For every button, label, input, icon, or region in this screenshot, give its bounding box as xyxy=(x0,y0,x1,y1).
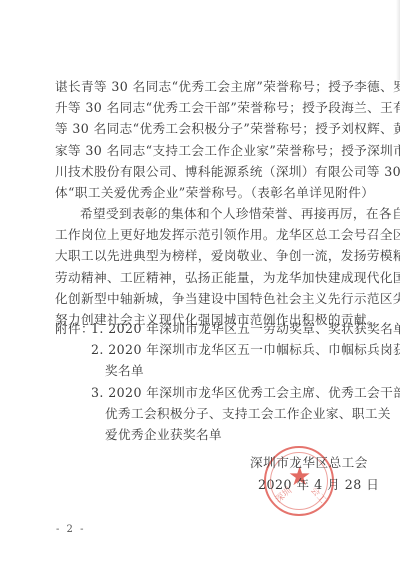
attachments-list: 附件：1. 2020 年深圳市龙华区五一劳动奖章、奖状获奖名单 2. 2020 … xyxy=(55,318,355,445)
page-edge-shadow xyxy=(396,0,400,80)
text-line: 等 30 名同志“优秀工会积极分子”荣誉称号；授予刘权辉、黄治 xyxy=(55,118,355,139)
signature-date: 2020 年 4 月 28 日 xyxy=(258,474,379,493)
attachment-line: 优秀工会积极分子、支持工会工作企业家、职工关 xyxy=(55,403,355,424)
text-line: 川技术股份有限公司、博科能源系统（深圳）有限公司等 30 家集 xyxy=(55,161,355,182)
document-page: 谌长青等 30 名同志“优秀工会主席”荣誉称号；授予李德、罗国 升等 30 名同… xyxy=(0,0,400,566)
attachments-label: 附件： xyxy=(55,318,91,339)
text-line: 希望受到表彰的集体和个人珍惜荣誉、再接再厉，在各自的 xyxy=(55,203,355,224)
text-line: 工作岗位上更好地发挥示范引领作用。龙华区总工会号召全区广 xyxy=(55,224,355,245)
paragraph-awards: 谌长青等 30 名同志“优秀工会主席”荣誉称号；授予李德、罗国 升等 30 名同… xyxy=(55,76,355,203)
text-line: 化创新型中轴新城，争当建设中国特色社会主义先行示范区尖兵， xyxy=(55,288,355,309)
text-line: 大职工以先进典型为榜样，爱岗敬业、争创一流，发扬劳模精神、 xyxy=(55,245,355,266)
attachment-item-2: 2. 2020 年深圳市龙华区五一巾帼标兵、巾帼标兵岗获 xyxy=(55,339,355,360)
page-number: - 2 - xyxy=(56,524,85,535)
text-line: 升等 30 名同志“优秀工会干部”荣誉称号；授予段海兰、王有才 xyxy=(55,97,355,118)
attachment-line: 1. 2020 年深圳市龙华区五一劳动奖章、奖状获奖名单 xyxy=(91,321,400,336)
text-line: 劳动精神、工匠精神，弘扬正能量，为龙华加快建成现代化国际 xyxy=(55,267,355,288)
attachment-item-3: 3. 2020 年深圳市龙华区优秀工会主席、优秀工会干部、 xyxy=(55,382,355,403)
text-line: 家等 30 名同志“支持工会工作企业家”荣誉称号；授予深圳市汇 xyxy=(55,140,355,161)
text-line: 体“职工关爱优秀企业”荣誉称号。（表彰名单详见附件） xyxy=(55,182,355,203)
text-line: 谌长青等 30 名同志“优秀工会主席”荣誉称号；授予李德、罗国 xyxy=(55,76,355,97)
attachment-item-1: 附件：1. 2020 年深圳市龙华区五一劳动奖章、奖状获奖名单 xyxy=(55,318,355,339)
attachment-line: 爱优秀企业获奖名单 xyxy=(55,424,355,445)
paragraph-call-to-action: 希望受到表彰的集体和个人珍惜荣誉、再接再厉，在各自的 工作岗位上更好地发挥示范引… xyxy=(55,203,355,330)
attachment-line: 奖名单 xyxy=(55,360,355,381)
signature-organization: 深圳市龙华区总工会 xyxy=(250,452,368,471)
